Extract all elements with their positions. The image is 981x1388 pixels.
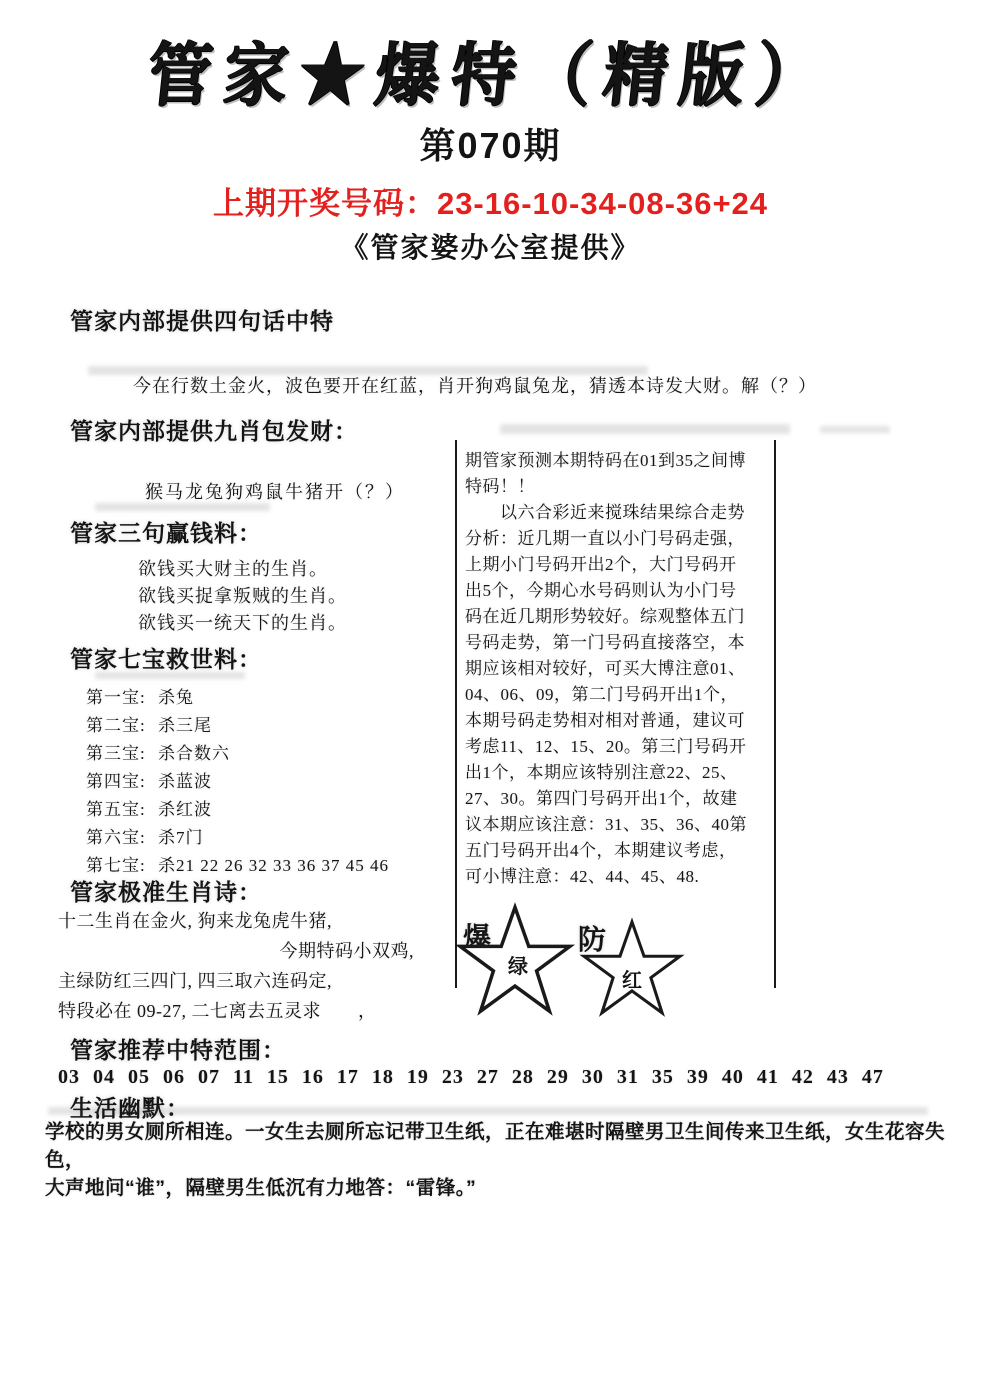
scan-artifact [95,672,245,679]
treasure-label: 第五宝: [86,796,158,824]
prediction-line: 出5个，今期心水号码则认为小门号 [465,578,774,604]
prediction-line: 期应该相对较好，可买大博注意01、 [465,656,774,682]
prediction-line: 号码走势，第一门号码直接落空，本 [465,630,774,656]
heading-nine-zodiac: 管家内部提供九肖包发财： [70,413,358,446]
four-sentence-body: 今在行数土金火，波色要开在红蓝，肖开狗鸡鼠兔龙，猜透本诗发大财。解（？） [133,372,817,398]
treasure-row: 第二宝: 杀三尾 [86,712,389,740]
prediction-line: 04、06、09，第二门号码开出1个， [465,682,774,708]
star-green-text: 绿 [508,950,528,979]
prediction-line: 27、30。第四门号码开出1个，故建 [465,786,774,812]
treasure-row: 第四宝: 杀蓝波 [86,768,389,796]
money-line: 欲钱买大财主的生肖。 [138,556,347,583]
recommend-numbers: 03 04 05 06 07 11 15 16 17 18 19 23 27 2… [58,1066,884,1089]
treasure-value: 杀兔 [158,684,194,712]
prediction-line: 码在近几期形势较好。综观整体五门 [465,604,774,630]
page-title: 管家★爆特（精版） [0,20,981,119]
treasure-row: 第三宝: 杀合数六 [86,740,389,768]
prediction-line: 议本期应该注意：31、35、36、40第 [465,812,774,838]
heading-recommend-range: 管家推荐中特范围： [70,1032,286,1065]
issue-number: 第070期 [0,118,981,169]
prediction-line: 考虑11、12、15、20。第三门号码开 [465,734,774,760]
prediction-line: 出1个，本期应该特别注意22、25、 [465,760,774,786]
star-red-text: 红 [622,964,642,993]
treasure-row: 第一宝: 杀兔 [86,684,389,712]
prediction-line: 本期号码走势相对相对普通，建议可 [465,708,774,734]
provider-line: 《管家婆办公室提供》 [0,226,981,266]
scan-artifact [95,503,270,511]
heading-four-sentence: 管家内部提供四句话中特 [70,303,334,336]
poem-line: 特段必在 09-27, 二七离去五灵求 ， [58,996,414,1026]
prediction-line: 五门号码开出4个，本期建议考虑， [465,838,774,864]
prediction-line: 期管家预测本期特码在01到35之间博 [465,448,774,474]
poem-line: 今期特码小双鸡, [58,936,414,966]
treasure-label: 第六宝: [86,824,158,852]
poem-line: 主绿防红三四门, 四三取六连码定, [58,966,414,996]
treasure-value: 杀蓝波 [158,768,212,796]
treasure-label: 第一宝: [86,684,158,712]
scan-artifact [500,424,790,434]
joke-line: 大声地问“谁”，隔壁男生低沉有力地答：“雷锋。” [45,1174,945,1202]
treasure-value: 杀三尾 [158,712,212,740]
treasure-label: 第二宝: [86,712,158,740]
prediction-line: 特码！！ [465,474,774,500]
heading-three-money: 管家三句赢钱料： [70,515,262,548]
treasure-value: 杀红波 [158,796,212,824]
scan-artifact [48,1107,928,1115]
treasure-row: 第五宝: 杀红波 [86,796,389,824]
treasure-value: 杀合数六 [158,740,230,768]
treasure-value: 杀7门 [158,824,204,852]
treasure-label: 第四宝: [86,768,158,796]
lottery-tip-sheet: 管家★爆特（精版） 第070期 上期开奖号码：23-16-10-34-08-36… [0,0,981,1388]
treasure-row: 第六宝: 杀7门 [86,824,389,852]
prediction-line: 分析：近几期一直以小门号码走强， [465,526,774,552]
prediction-line: 可小博注意：42、44、45、48. [465,864,774,890]
prediction-line: 上期小门号码开出2个，大门号码开 [465,552,774,578]
money-line: 欲钱买捉拿叛贼的生肖。 [138,583,347,610]
treasure-label: 第三宝: [86,740,158,768]
scan-artifact [88,366,648,375]
nine-zodiac-body: 猴马龙兔狗鸡鼠牛猪开（？） [145,478,405,504]
money-line: 欲钱买一统天下的生肖。 [138,610,347,637]
prediction-line: 以六合彩近来搅珠结果综合走势 [465,500,774,526]
last-draw-numbers: 上期开奖号码：23-16-10-34-08-36+24 [0,178,981,223]
heading-zodiac-poem: 管家极准生肖诗： [70,874,262,907]
joke-line: 学校的男女厕所相连。一女生去厕所忘记带卫生纸，正在难堪时隔壁男卫生间传来卫生纸，… [45,1118,945,1174]
heading-seven-treasures: 管家七宝救世料： [70,641,262,674]
poem-line: 十二生肖在金火, 狗来龙兔虎牛猪, [58,906,414,936]
scan-artifact [820,426,890,433]
